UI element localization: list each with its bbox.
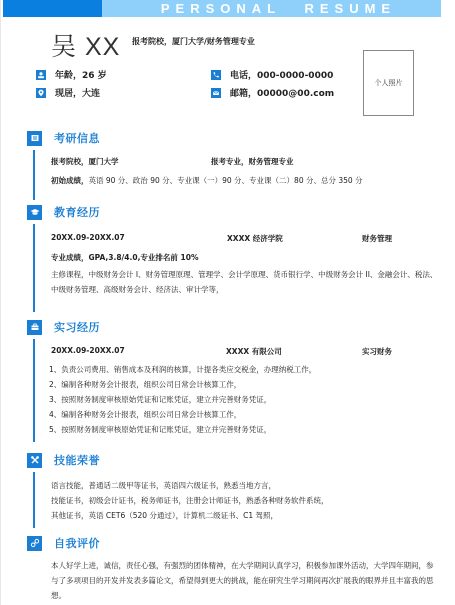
edu-school: XXXX 经济学院 xyxy=(227,233,283,244)
intern-duty: 3、按照财务制度审核原始凭证和记账凭证，建立并完善财务凭证， xyxy=(49,394,271,405)
banner-title: PERSONAL RESUME xyxy=(147,1,396,16)
phone-text: 电话，000-0000-0000 xyxy=(230,68,333,81)
intern-duty: 1、负责公司费用、销售成本及利润的核算，计提各类应交税金，办理纳税工作， xyxy=(49,364,316,375)
section-exam-header: 考研信息 xyxy=(27,130,100,146)
info-age: 年龄，26 岁 xyxy=(36,68,107,81)
intern-duty: 5、按照财务制度审核原始凭证和记账凭证，建立并完善财务凭证， xyxy=(49,424,271,435)
tools-icon xyxy=(27,453,42,468)
age-text: 年龄，26 岁 xyxy=(55,68,107,81)
timeline-skills xyxy=(33,472,35,528)
intern-company: XXXX 有限公司 xyxy=(226,346,282,357)
exam-scores-value: 英语 90 分、政治 90 分、专业课（一）90 分、专业课（二）80 分、总分… xyxy=(89,176,363,185)
email-text: 邮箱，00000@00.com xyxy=(230,86,334,99)
top-banner: PERSONAL RESUME xyxy=(3,0,441,17)
timeline-internship xyxy=(33,339,35,442)
candidate-name: 吴 XX xyxy=(51,27,120,63)
section-skills-title: 技能荣誉 xyxy=(54,452,100,468)
skill-item: 技能证书，初级会计证书，税务师证书，注册会计师证书，熟悉各种财务软件系统， xyxy=(51,495,329,506)
self-evaluation-text: 本人好学上进，诚信，责任心强，有强烈的团体精神，在大学期间认真学习，积极参加课外… xyxy=(51,558,439,603)
intern-period: 20XX.09-20XX.07 xyxy=(51,346,125,355)
graduation-cap-icon xyxy=(27,205,42,220)
info-residence: 现居，大连 xyxy=(36,86,100,99)
exam-scores: 初始成绩，英语 90 分、政治 90 分、专业课（一）90 分、专业课（二）80… xyxy=(51,175,363,186)
exam-scores-label: 初始成绩， xyxy=(51,176,89,185)
edu-gpa: 专业成绩，GPA,3.8/4.0,专业排名前 10% xyxy=(51,252,198,263)
intern-role: 实习财务 xyxy=(362,346,392,357)
info-phone: 电话，000-0000-0000 xyxy=(211,68,333,81)
banner-accent-block xyxy=(3,0,102,17)
skill-item: 语言技能，普通话二级甲等证书，英语四六级证书，熟悉当地方言， xyxy=(51,480,276,491)
section-internship-header: 实习经历 xyxy=(27,319,100,335)
target-school: 报考院校，厦门大学/财务管理专业 xyxy=(132,36,255,47)
resume-page: PERSONAL RESUME 吴 XX 报考院校，厦门大学/财务管理专业 年龄… xyxy=(0,0,455,605)
section-self-title: 自我评价 xyxy=(54,535,100,551)
timeline-education xyxy=(33,224,35,312)
edu-major: 财务管理 xyxy=(362,233,392,244)
exam-school: 报考院校，厦门大学 xyxy=(51,156,119,167)
skill-item: 其他证书，英语 CET6（520 分通过），计算机二级证书、C1 驾照， xyxy=(51,510,278,521)
user-icon xyxy=(36,70,46,80)
edu-courses: 主修课程，中级财务会计 I、财务管理原理、管理学、会计学原理、货币银行学、中级财… xyxy=(51,267,439,297)
section-skills-header: 技能荣誉 xyxy=(27,452,100,468)
info-email: 邮箱，00000@00.com xyxy=(211,86,334,99)
section-self-header: 自我评价 xyxy=(27,535,100,551)
section-education-header: 教育经历 xyxy=(27,204,100,220)
location-pin-icon xyxy=(36,88,46,98)
book-icon xyxy=(27,131,42,146)
photo-label: 个人照片 xyxy=(375,78,403,88)
section-education-title: 教育经历 xyxy=(54,204,100,220)
mail-icon xyxy=(211,88,221,98)
section-exam-title: 考研信息 xyxy=(54,130,100,146)
link-icon xyxy=(27,536,42,551)
residence-text: 现居，大连 xyxy=(55,86,100,99)
briefcase-icon xyxy=(27,320,42,335)
intern-duty: 4、编制各种财务会计报表，组织公司日常会计核算工作， xyxy=(49,409,241,420)
exam-major: 报考专业，财务管理专业 xyxy=(211,156,294,167)
edu-period: 20XX.09-20XX.07 xyxy=(51,233,125,242)
section-internship-title: 实习经历 xyxy=(54,319,100,335)
intern-duty: 2、编制各种财务会计报表，组织公司日常会计核算工作， xyxy=(49,379,241,390)
photo-placeholder: 个人照片 xyxy=(363,50,414,116)
banner-title-bar: PERSONAL RESUME xyxy=(102,0,441,17)
phone-icon xyxy=(211,70,221,80)
timeline-exam xyxy=(33,150,35,200)
